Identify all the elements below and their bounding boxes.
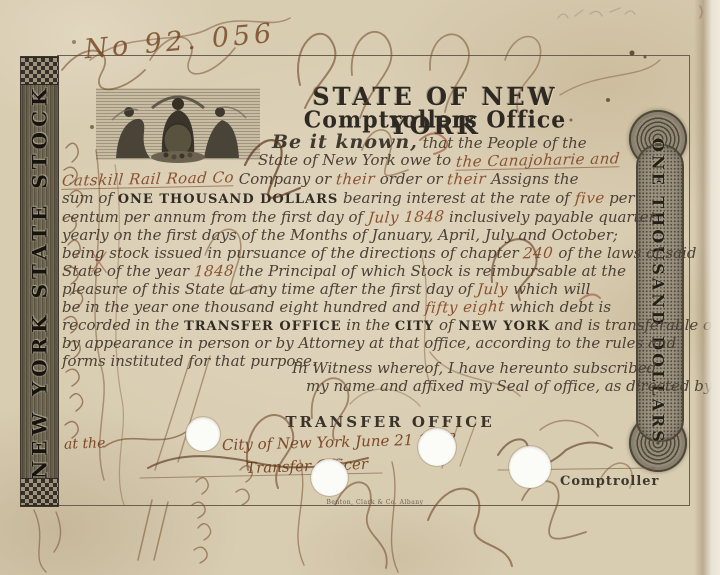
printer-imprint: Benton, Clark & Co. Albany: [290, 499, 460, 506]
printed-text: of the laws of said: [554, 244, 697, 262]
printed-text: recorded in the: [62, 316, 184, 334]
printed-text: which will: [508, 280, 590, 298]
body-line-5: centum per annum from the first day of J…: [62, 210, 656, 225]
printed-text: per: [604, 189, 634, 207]
printed-text: In Witness whereof, I have hereunto subs…: [292, 359, 656, 377]
handwritten-text: July 1848: [367, 209, 445, 226]
printed-text: being stock issued in pursuance of the d…: [62, 244, 523, 262]
transfer-officer-signature-text: Transfer Officer: [246, 455, 369, 477]
body-line-7: being stock issued in pursuance of the d…: [62, 246, 696, 261]
printed-text: that the People of the: [418, 134, 587, 152]
punch-hole: [509, 446, 551, 488]
transfer-office-label: TRANSFER OFFICE: [250, 413, 530, 431]
handwritten-text: fifty eight: [425, 299, 506, 316]
handwritten-text: Catskill Rail Road Co: [61, 170, 234, 190]
printed-text: the Principal of which Stock is reimburs…: [234, 262, 626, 280]
body-line-1: Be it known, that the People of the: [272, 133, 587, 152]
handwritten-text: the Canajoharie and: [455, 151, 620, 170]
punch-hole: [311, 459, 348, 496]
document-subtitle: Comptrollers Office: [268, 106, 602, 134]
left-band-title: NEW YORK STATE STOCK: [21, 57, 58, 506]
allegorical-figures-art: [92, 80, 264, 166]
printed-text: order or: [375, 170, 447, 188]
printed-text: State of New York owe to: [258, 151, 456, 169]
body-line-15: my name and affixed my Seal of office, a…: [306, 379, 720, 394]
serial-number-handwriting: No 92. 056: [83, 18, 277, 66]
handwritten-text: 1848: [193, 264, 234, 280]
printed-text: my name and affixed my Seal of office, a…: [306, 377, 720, 395]
body-line-12: by appearance in person or by Attorney a…: [62, 336, 676, 351]
printed-text: TRANSFER OFFICE: [184, 319, 341, 334]
printed-text: Assigns the: [486, 170, 578, 188]
comptroller-label: Comptroller: [560, 474, 659, 489]
handwritten-text: July: [477, 282, 509, 298]
printed-text: Be it known,: [272, 131, 418, 153]
printed-text: NEW YORK: [458, 319, 550, 334]
handwritten-text: five: [574, 191, 605, 207]
body-line-3: Catskill Rail Road Co Company or their o…: [62, 172, 578, 188]
handwritten-text: 240: [523, 246, 554, 262]
printed-text: ONE THOUSAND DOLLARS: [118, 192, 339, 207]
printed-text: which debt is: [505, 298, 611, 316]
right-ornamental-column: ONE THOUSAND DOLLARS: [628, 110, 688, 472]
printed-text: in the: [342, 316, 395, 334]
printed-text: be in the year one thousand eight hundre…: [62, 298, 425, 316]
printed-text: CITY: [395, 319, 434, 334]
printed-text: of: [434, 316, 458, 334]
handwritten-text: their: [447, 172, 487, 188]
body-line-13: forms instituted for that purpose.: [62, 354, 317, 369]
body-line-8: State of the year 1848 the Principal of …: [62, 264, 626, 279]
body-line-14: In Witness whereof, I have hereunto subs…: [292, 361, 656, 376]
printed-text: by appearance in person or by Attorney a…: [62, 334, 676, 352]
date-line-prefix: at the: [64, 435, 106, 452]
body-line-9: pleasure of this State at any time after…: [62, 282, 590, 297]
printed-text: and is transferable only: [550, 316, 720, 334]
body-line-11: recorded in the TRANSFER OFFICE in the C…: [62, 318, 720, 333]
printed-text: forms instituted for that purpose.: [62, 352, 317, 370]
left-ornamental-band: NEW YORK STATE STOCK: [20, 56, 59, 507]
body-line-10: be in the year one thousand eight hundre…: [62, 300, 611, 315]
printed-text: sum of: [62, 189, 118, 207]
vignette-engraving: [92, 80, 264, 166]
printed-text: bearing interest at the rate of: [338, 189, 574, 207]
printed-text: State of the year: [62, 262, 194, 280]
certificate-border-right: [689, 55, 690, 505]
punch-hole: [418, 428, 456, 466]
body-line-2: State of New York owe to the Canajoharie…: [258, 153, 620, 169]
handwritten-text: their: [335, 172, 375, 188]
right-column-title: ONE THOUSAND DOLLARS: [628, 110, 688, 472]
body-line-4: sum of ONE THOUSAND DOLLARS bearing inte…: [62, 191, 635, 206]
printed-text: Company or: [234, 170, 336, 188]
printed-text: inclusively payable quarter: [444, 208, 655, 226]
printed-text: yearly on the first days of the Months o…: [62, 226, 618, 244]
body-line-6: yearly on the first days of the Months o…: [62, 228, 618, 243]
printed-text: centum per annum from the first day of: [62, 208, 368, 226]
printed-text: pleasure of this State at any time after…: [62, 280, 477, 298]
torn-paper-edge: [694, 0, 720, 575]
punch-hole: [186, 417, 220, 451]
certificate-scan: NEW YORK STATE STOCK ONE THOUSAND DOLLAR…: [0, 0, 720, 575]
